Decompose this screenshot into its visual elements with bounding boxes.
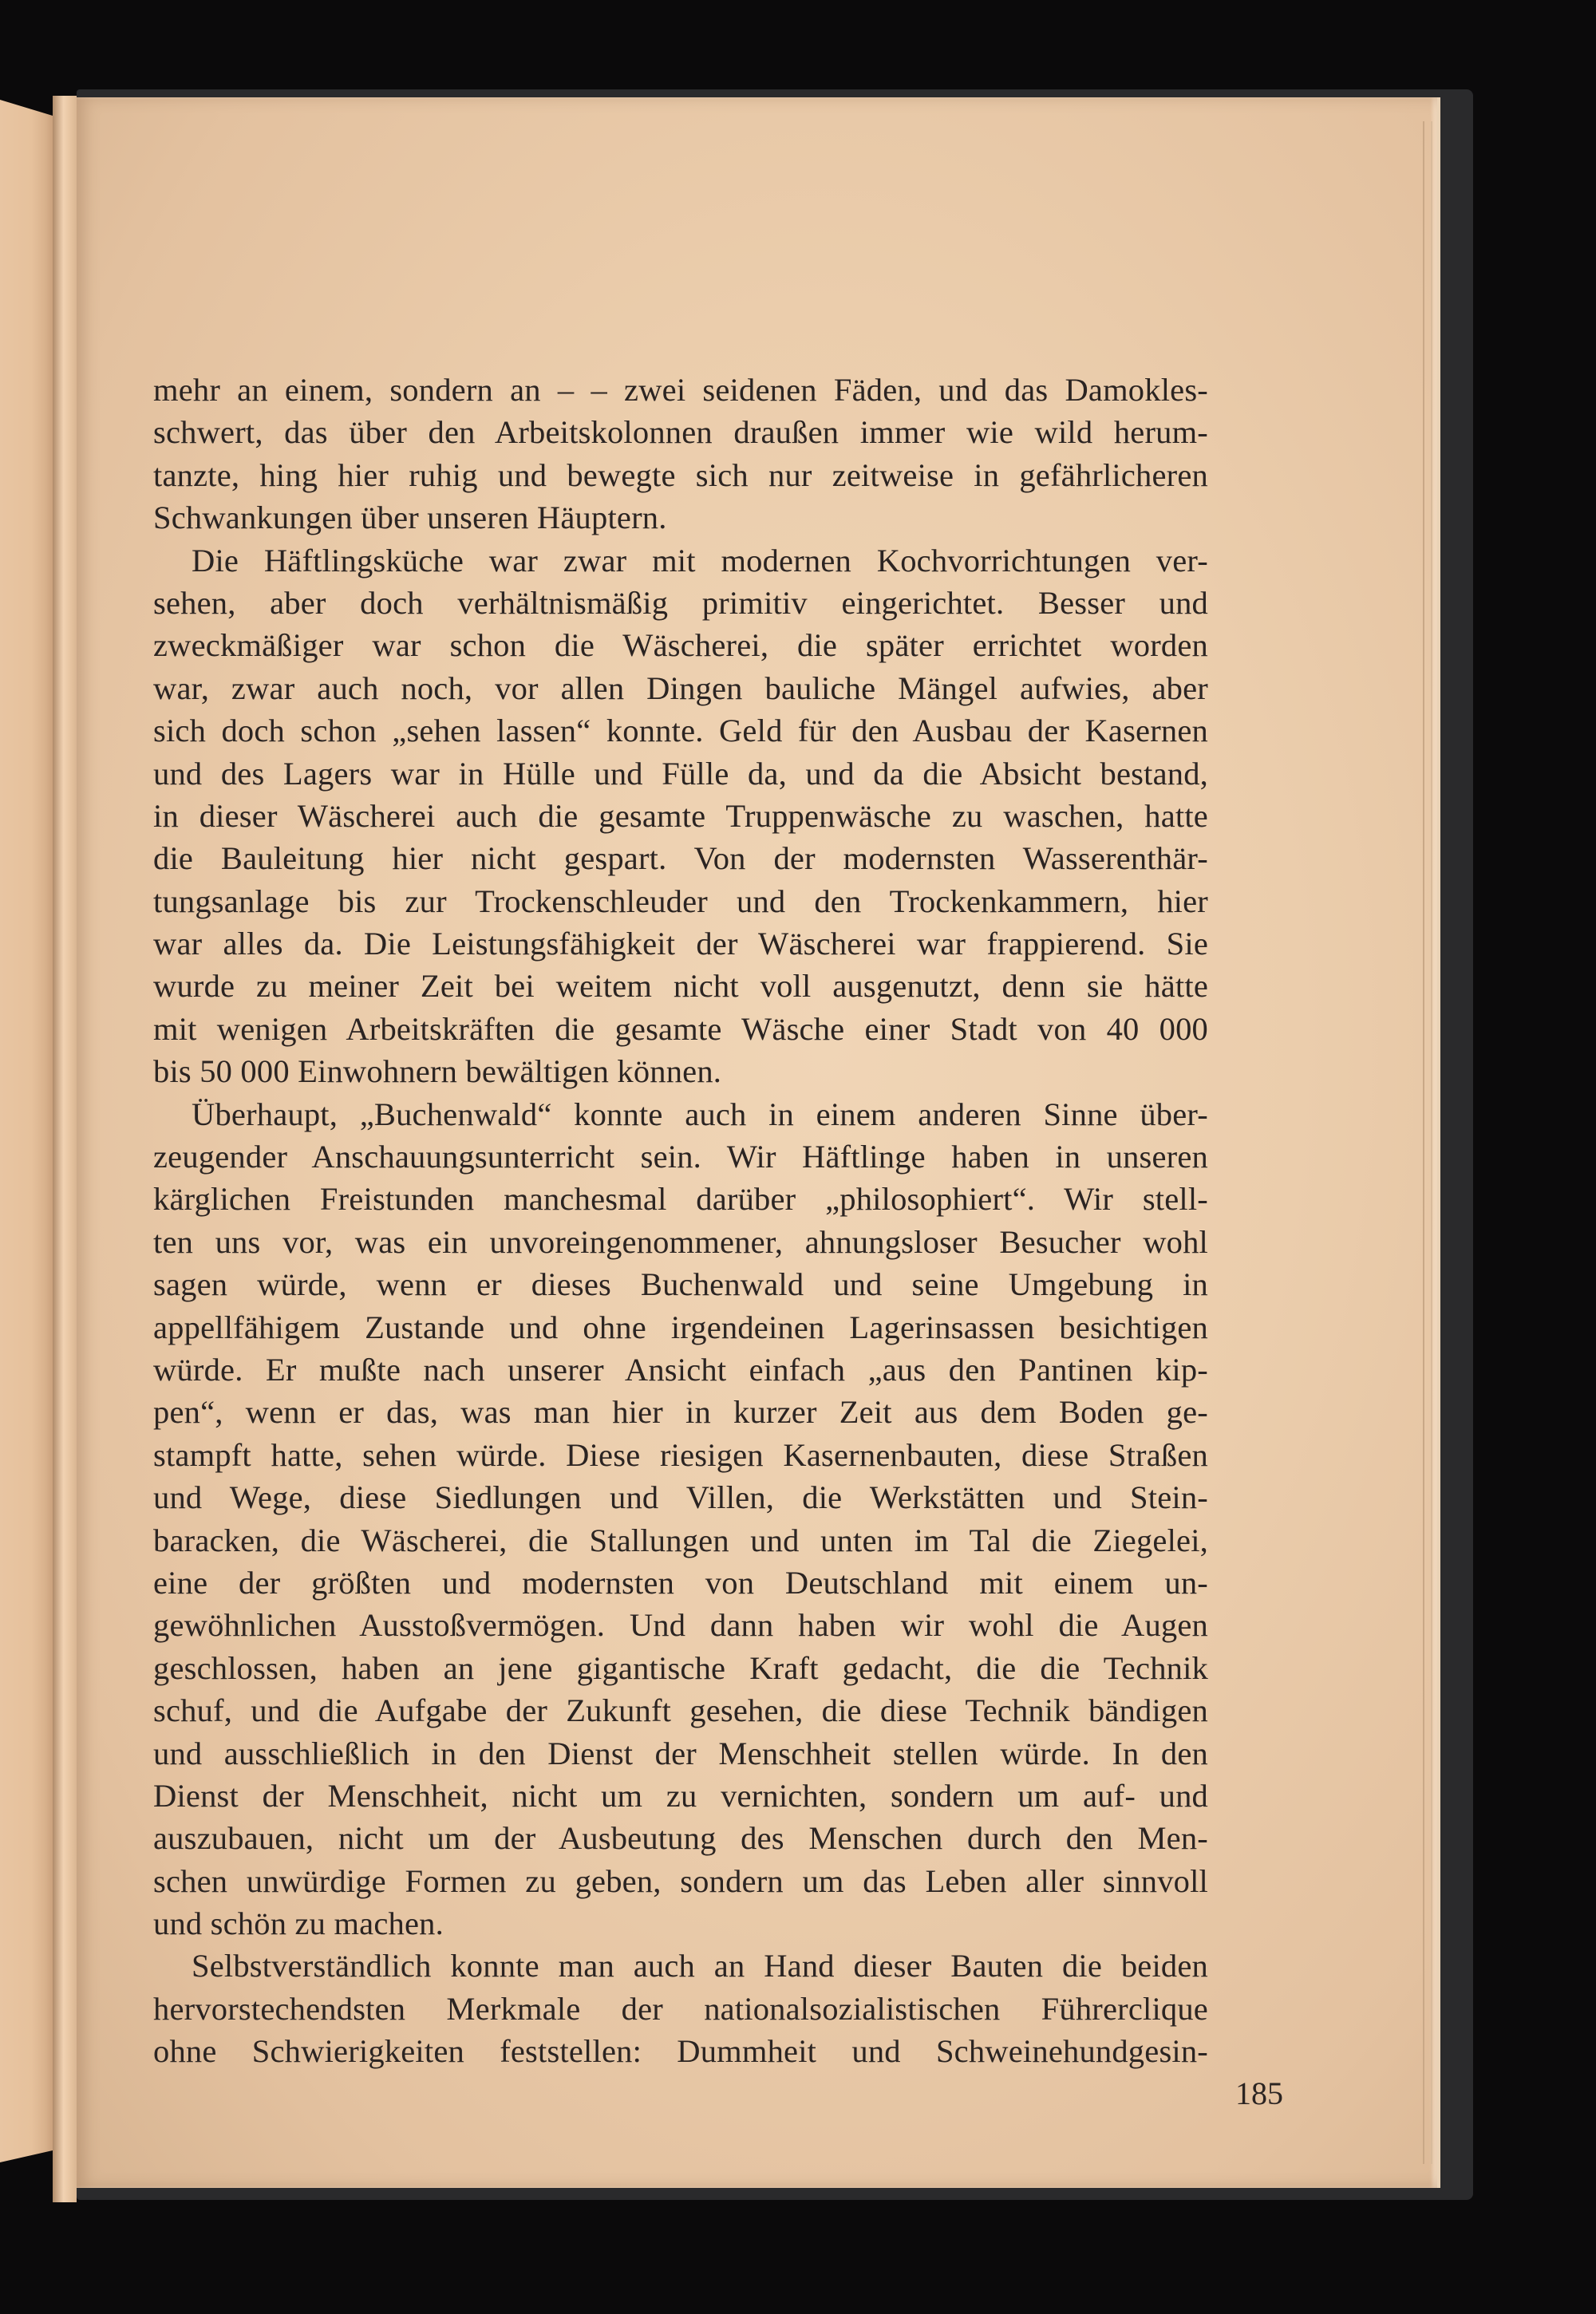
text-line: bis 50 000 Einwohnern bewältigen können. — [153, 1050, 1208, 1092]
text-line: und ausschließlich in den Dienst der Men… — [153, 1732, 1208, 1775]
text-line: tungsanlage bis zur Trockenschleuder und… — [153, 880, 1208, 922]
text-line: baracken, die Wäscherei, die Stallungen … — [153, 1519, 1208, 1562]
text-line: Die Häftlingsküche war zwar mit modernen… — [153, 539, 1208, 582]
text-line: appellfähigem Zustande und ohne irgendei… — [153, 1306, 1208, 1349]
text-line: ohne Schwierigkeiten feststellen: Dummhe… — [153, 2030, 1208, 2072]
text-line: war alles da. Die Leistungsfähigkeit der… — [153, 922, 1208, 965]
text-line: eine der größten und modernsten von Deut… — [153, 1562, 1208, 1604]
text-line: und des Lagers war in Hülle und Fülle da… — [153, 752, 1208, 795]
text-line: in dieser Wäscherei auch die gesamte Tru… — [153, 795, 1208, 837]
text-line: wurde zu meiner Zeit bei weitem nicht vo… — [153, 965, 1208, 1007]
text-line: Überhaupt, „Buchenwald“ konnte auch in e… — [153, 1093, 1208, 1135]
text-line: zweckmäßiger war schon die Wäscherei, di… — [153, 624, 1208, 666]
text-line: kärglichen Freistunden manchesmal darübe… — [153, 1178, 1208, 1220]
text-line: schen unwürdige Formen zu geben, sondern… — [153, 1860, 1208, 1902]
text-line: und Wege, diese Siedlungen und Villen, d… — [153, 1476, 1208, 1518]
text-line: sehen, aber doch verhältnismäßig primiti… — [153, 582, 1208, 624]
text-line: auszubauen, nicht um der Ausbeutung des … — [153, 1817, 1208, 1859]
page-stack-edges — [1423, 121, 1432, 2164]
text-line: würde. Er mußte nach unserer Ansicht ein… — [153, 1349, 1208, 1391]
book-page: mehr an einem, sondern an – – zwei seide… — [77, 97, 1440, 2188]
text-line: schuf, und die Aufgabe der Zukunft geseh… — [153, 1689, 1208, 1732]
facing-page-edge — [0, 100, 53, 2162]
text-line: sich doch schon „sehen lassen“ konnte. G… — [153, 709, 1208, 752]
text-line: war, zwar auch noch, vor allen Dingen ba… — [153, 667, 1208, 709]
page-number: 185 — [1163, 2075, 1283, 2112]
book-gutter — [53, 96, 77, 2202]
page-body-text: mehr an einem, sondern an – – zwei seide… — [153, 369, 1208, 2073]
text-line: tanzte, hing hier ruhig und bewegte sich… — [153, 454, 1208, 496]
text-line: Schwankungen über unseren Häuptern. — [153, 496, 1208, 539]
text-line: mit wenigen Arbeitskräften die gesamte W… — [153, 1008, 1208, 1050]
text-line: und schön zu machen. — [153, 1902, 1208, 1945]
text-line: hervorstechendsten Merkmale der national… — [153, 1988, 1208, 2030]
text-line: Dienst der Menschheit, nicht um zu verni… — [153, 1775, 1208, 1817]
text-line: gewöhnlichen Ausstoßvermögen. Und dann h… — [153, 1604, 1208, 1646]
text-line: die Bauleitung hier nicht gespart. Von d… — [153, 837, 1208, 879]
text-line: geschlossen, haben an jene gigantische K… — [153, 1647, 1208, 1689]
text-line: zeugender Anschauungsunterricht sein. Wi… — [153, 1135, 1208, 1178]
text-line: sagen würde, wenn er dieses Buchenwald u… — [153, 1263, 1208, 1305]
text-line: mehr an einem, sondern an – – zwei seide… — [153, 369, 1208, 411]
text-line: schwert, das über den Arbeitskolonnen dr… — [153, 411, 1208, 453]
text-line: Selbstverständlich konnte man auch an Ha… — [153, 1945, 1208, 1987]
text-line: stampft hatte, sehen würde. Diese riesig… — [153, 1434, 1208, 1476]
text-line: ten uns vor, was ein unvoreingenommener,… — [153, 1221, 1208, 1263]
text-line: pen“, wenn er das, was man hier in kurze… — [153, 1391, 1208, 1433]
